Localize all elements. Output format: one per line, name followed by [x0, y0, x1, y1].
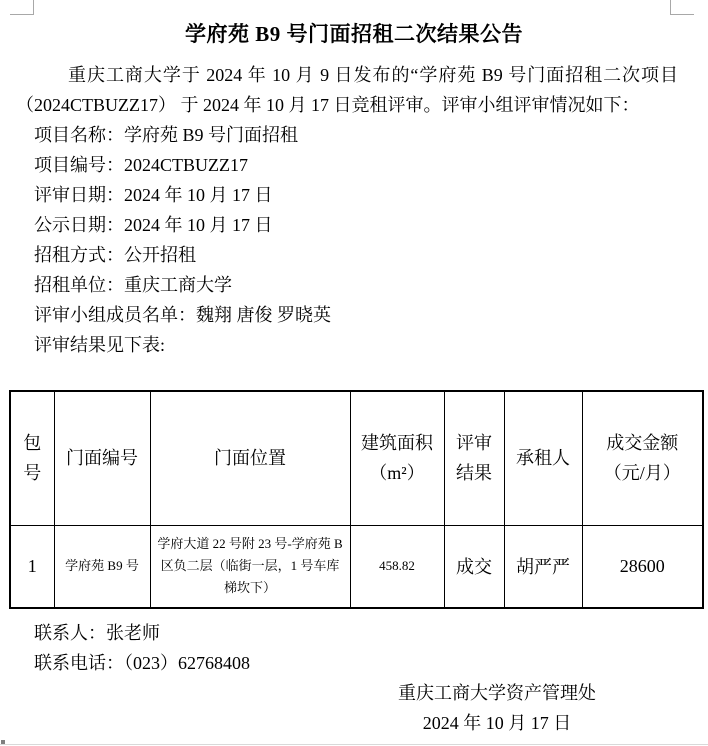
info-line-publicity-date: 公示日期：2024 年 10 月 17 日 — [34, 210, 684, 240]
cell-shop-location: 学府大道 22 号附 23 号-学府苑 B 区负二层（临街一层，1 号车库 梯坎… — [150, 525, 350, 608]
page-title: 学府苑 B9 号门面招租二次结果公告 — [0, 17, 708, 51]
info-line-review-date: 评审日期：2024 年 10 月 17 日 — [34, 180, 684, 210]
header-deal-amount: 成交金额 （元/月） — [582, 391, 703, 525]
info-line-rental-unit: 招租单位：重庆工商大学 — [34, 270, 684, 300]
result-table-container: 包 号 门面编号 门面位置 建筑面积 （m²） 评审 结果 承租人 成交金额 （… — [9, 390, 704, 609]
signature: 重庆工商大学资产管理处 2024 年 10 月 17 日 — [342, 678, 652, 738]
contact-person: 联系人：张老师 — [34, 618, 454, 648]
contact-info: 联系人：张老师 联系电话：（023）62768408 — [34, 618, 454, 678]
info-line-rental-method: 招租方式：公开招租 — [34, 240, 684, 270]
header-shop-location: 门面位置 — [150, 391, 350, 525]
result-table: 包 号 门面编号 门面位置 建筑面积 （m²） 评审 结果 承租人 成交金额 （… — [9, 390, 704, 609]
cell-deal-amount: 28600 — [582, 525, 703, 608]
info-line-project-name: 项目名称：学府苑 B9 号门面招租 — [34, 120, 684, 150]
project-info-list: 项目名称：学府苑 B9 号门面招租 项目编号：2024CTBUZZ17 评审日期… — [34, 120, 684, 360]
header-lessee: 承租人 — [504, 391, 582, 525]
cell-review-result: 成交 — [444, 525, 504, 608]
header-package-no: 包 号 — [10, 391, 54, 525]
header-building-area: 建筑面积 （m²） — [350, 391, 444, 525]
page-bottom-divider — [0, 744, 708, 745]
table-row: 1 学府苑 B9 号 学府大道 22 号附 23 号-学府苑 B 区负二层（临街… — [10, 525, 703, 608]
text-boundary-mark-top-right-vertical — [670, 0, 671, 14]
cell-lessee: 胡严严 — [504, 525, 582, 608]
text-boundary-mark-top-left-vertical — [33, 0, 34, 14]
signature-org: 重庆工商大学资产管理处 — [342, 678, 652, 708]
info-line-result-note: 评审结果见下表: — [34, 330, 684, 360]
text-boundary-mark-top-left-horizontal — [10, 14, 34, 15]
info-line-review-panel: 评审小组成员名单：魏翔 唐俊 罗晓英 — [34, 300, 684, 330]
text-boundary-mark-top-right-horizontal — [670, 14, 694, 15]
cell-package-no: 1 — [10, 525, 54, 608]
signature-date: 2024 年 10 月 17 日 — [342, 708, 652, 738]
intro-paragraph: 重庆工商大学于 2024 年 10 月 9 日发布的“学府苑 B9 号门面招租二… — [16, 60, 678, 120]
info-line-project-number: 项目编号：2024CTBUZZ17 — [34, 150, 684, 180]
header-shop-number: 门面编号 — [54, 391, 150, 525]
cell-building-area: 458.82 — [350, 525, 444, 608]
cell-shop-number: 学府苑 B9 号 — [54, 525, 150, 608]
table-header-row: 包 号 门面编号 门面位置 建筑面积 （m²） 评审 结果 承租人 成交金额 （… — [10, 391, 703, 525]
contact-phone: 联系电话：（023）62768408 — [34, 648, 454, 678]
header-review-result: 评审 结果 — [444, 391, 504, 525]
